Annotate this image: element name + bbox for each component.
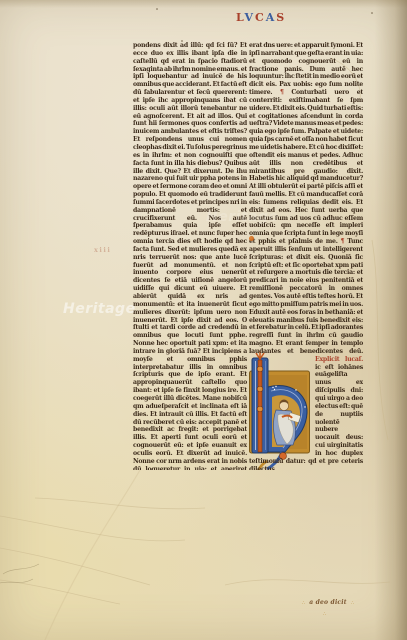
running-title-letter: C <box>255 11 266 24</box>
stray-fiber <box>0 564 39 583</box>
catchword-row: ∴ a deo dicit ∴ <box>282 599 374 606</box>
paraph-mark: ¶ <box>341 238 345 245</box>
running-title: LVCAS <box>236 11 286 24</box>
manuscript-photo: LVCAS pondens dixit ad illū: qd ſci ſū? … <box>0 0 407 640</box>
figure-face <box>280 401 289 410</box>
explicit-rubric: Explicit lucaſ. <box>315 356 363 363</box>
catchword-text: a deo dicit <box>309 599 346 606</box>
paraph-mark: ¶ <box>280 89 284 96</box>
ink-speck <box>156 8 158 10</box>
right-column-text: Conturbati uero et conterriti: exiſtimab… <box>249 89 363 245</box>
ink-speck <box>371 12 373 14</box>
text-column-left: pondens dixit ad illū: qd ſci ſū? Et ecc… <box>133 42 247 470</box>
catchword-ornament-below: ∴ <box>323 611 326 617</box>
catchword-ornament-right: ∴ <box>351 600 354 606</box>
running-title-letter: A <box>266 11 277 24</box>
orange-pigment-dot <box>249 236 254 241</box>
right-column-text: erat dns uere: et apparuit ſymoni. Et ip… <box>249 42 363 96</box>
margin-showthrough-numeral: xiii <box>94 246 111 254</box>
text-column-right: erat dns uere: et apparuit ſymoni. Et ip… <box>249 42 363 470</box>
running-title-letter: S <box>276 11 286 24</box>
illuminated-initial-h <box>249 357 311 455</box>
catchword-ornament-left: ∴ <box>302 600 305 606</box>
illuminated-initial-artwork <box>249 357 311 455</box>
right-column-text: Tunc aperuit illis ſenſum ut intelligere… <box>249 238 363 355</box>
ink-speck <box>181 40 183 42</box>
left-column-text: pondens dixit ad illū: qd ſci ſū? Et ecc… <box>133 42 247 470</box>
heritage-watermark: Heritage <box>63 301 136 317</box>
running-title-letter: V <box>244 11 255 24</box>
